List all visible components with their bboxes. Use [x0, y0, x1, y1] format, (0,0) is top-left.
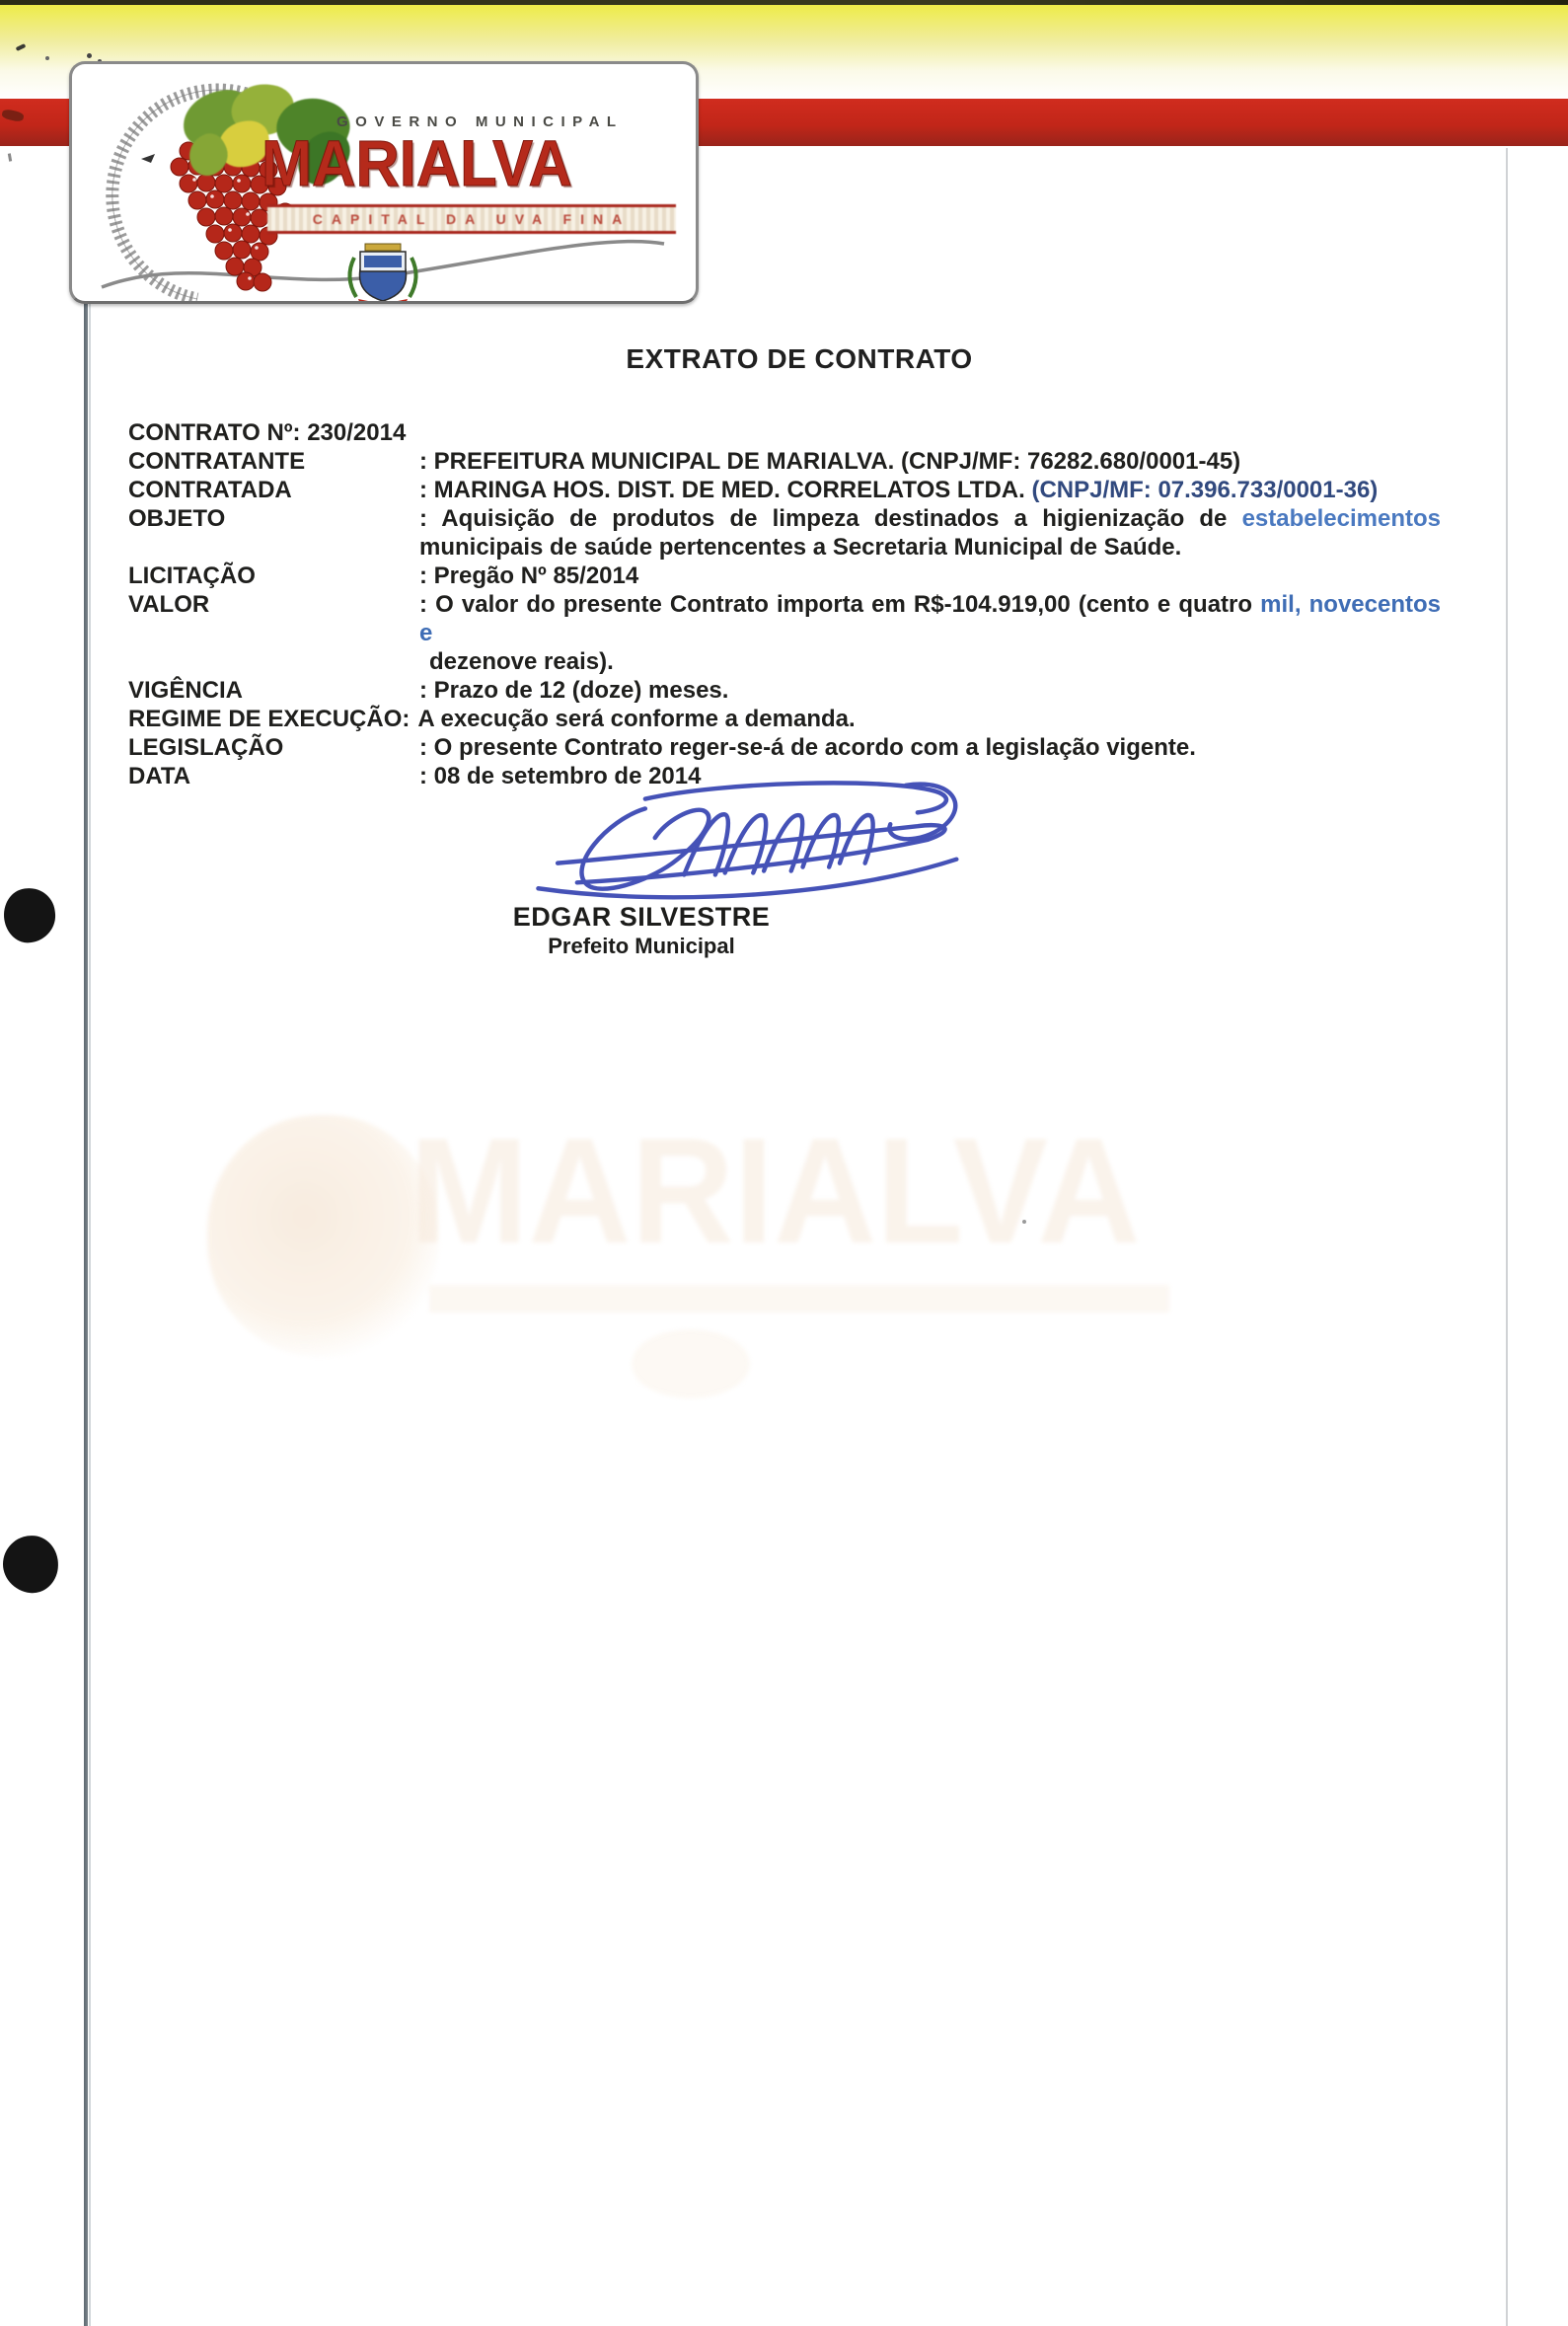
logo-tagline-banner: CAPITAL DA UVA FINA [267, 204, 676, 234]
field-value: : O presente Contrato reger-se-á de acor… [419, 733, 1441, 762]
marialva-logo: GOVERNO MUNICIPAL MARIALVA CAPITAL DA UV… [69, 61, 699, 304]
watermark-blob [632, 1329, 750, 1398]
signature-scribble [498, 770, 977, 906]
field-value: : Pregão Nº 85/2014 [419, 562, 1441, 590]
contract-row: VIGÊNCIA: Prazo de 12 (doze) meses. [128, 676, 1441, 705]
field-label: LEGISLAÇÃO [128, 733, 419, 762]
watermark-grape-blob [207, 1115, 439, 1357]
field-label: VALOR [128, 590, 419, 619]
ink-speck [87, 53, 92, 58]
contract-row: REGIME DE EXECUÇÃO:A execução será confo… [128, 705, 1441, 733]
field-value: A execução será conforme a demanda. [417, 705, 1441, 733]
watermark-banner-ghost [429, 1285, 1169, 1313]
contract-row: OBJETO: Aquisição de produtos de limpeza… [128, 504, 1441, 562]
field-label: CONTRATANTE [128, 447, 419, 476]
field-value: : O valor do presente Contrato importa e… [419, 590, 1441, 676]
contract-row: LEGISLAÇÃO: O presente Contrato reger-se… [128, 733, 1441, 762]
header-top-line [0, 0, 1568, 5]
field-label: LICITAÇÃO [128, 562, 419, 590]
logo-marialva-text: MARIALVA [261, 125, 665, 200]
marialva-logo-art: GOVERNO MUNICIPAL MARIALVA CAPITAL DA UV… [72, 64, 696, 301]
page-title: EXTRATO DE CONTRATO [128, 343, 1470, 375]
field-value: : PREFEITURA MUNICIPAL DE MARIALVA. (CNP… [419, 447, 1441, 476]
field-label: CONTRATO Nº: 230/2014 [128, 418, 419, 447]
scanned-contract-page: { "logo": { "governo": "GOVERNO MUNICIPA… [0, 0, 1568, 2326]
field-label: DATA [128, 762, 419, 790]
ink-speck [1022, 1220, 1026, 1224]
contract-row: VALOR: O valor do presente Contrato impo… [128, 590, 1441, 676]
field-value: : Prazo de 12 (doze) meses. [419, 676, 1441, 705]
ink-speck [8, 153, 12, 161]
signatory-role: Prefeito Municipal [424, 934, 859, 959]
contract-row: LICITAÇÃO: Pregão Nº 85/2014 [128, 562, 1441, 590]
field-value: : MARINGA HOS. DIST. DE MED. CORRELATOS … [419, 476, 1441, 504]
field-label: REGIME DE EXECUÇÃO: [128, 705, 410, 733]
contract-row: CONTRATANTE: PREFEITURA MUNICIPAL DE MAR… [128, 447, 1441, 476]
field-label: CONTRATADA [128, 476, 419, 504]
signatory-name: EDGAR SILVESTRE [424, 902, 859, 933]
page-left-rule-highlight [89, 300, 91, 2326]
punch-hole-mark [0, 885, 58, 946]
page-left-rule-line [84, 300, 88, 2326]
field-label: OBJETO [128, 504, 419, 533]
watermark-text: MARIALVA [410, 1105, 1141, 1278]
field-value: : Aquisição de produtos de limpeza desti… [419, 504, 1441, 562]
contract-rows: CONTRATO Nº: 230/2014CONTRATANTE: PREFEI… [128, 418, 1441, 790]
coat-of-arms-icon [349, 244, 415, 301]
logo-tagline-text: CAPITAL DA UVA FINA [313, 211, 631, 227]
punch-hole-mark [0, 1533, 61, 1596]
field-label: VIGÊNCIA [128, 676, 419, 705]
arc-speck-icon [141, 154, 155, 163]
ink-speck [45, 56, 49, 60]
logo-watermark: MARIALVA [207, 1097, 1204, 1403]
page-right-scan-edge [1506, 148, 1508, 2326]
contract-row: CONTRATO Nº: 230/2014 [128, 418, 1441, 447]
contract-row: CONTRATADA: MARINGA HOS. DIST. DE MED. C… [128, 476, 1441, 504]
